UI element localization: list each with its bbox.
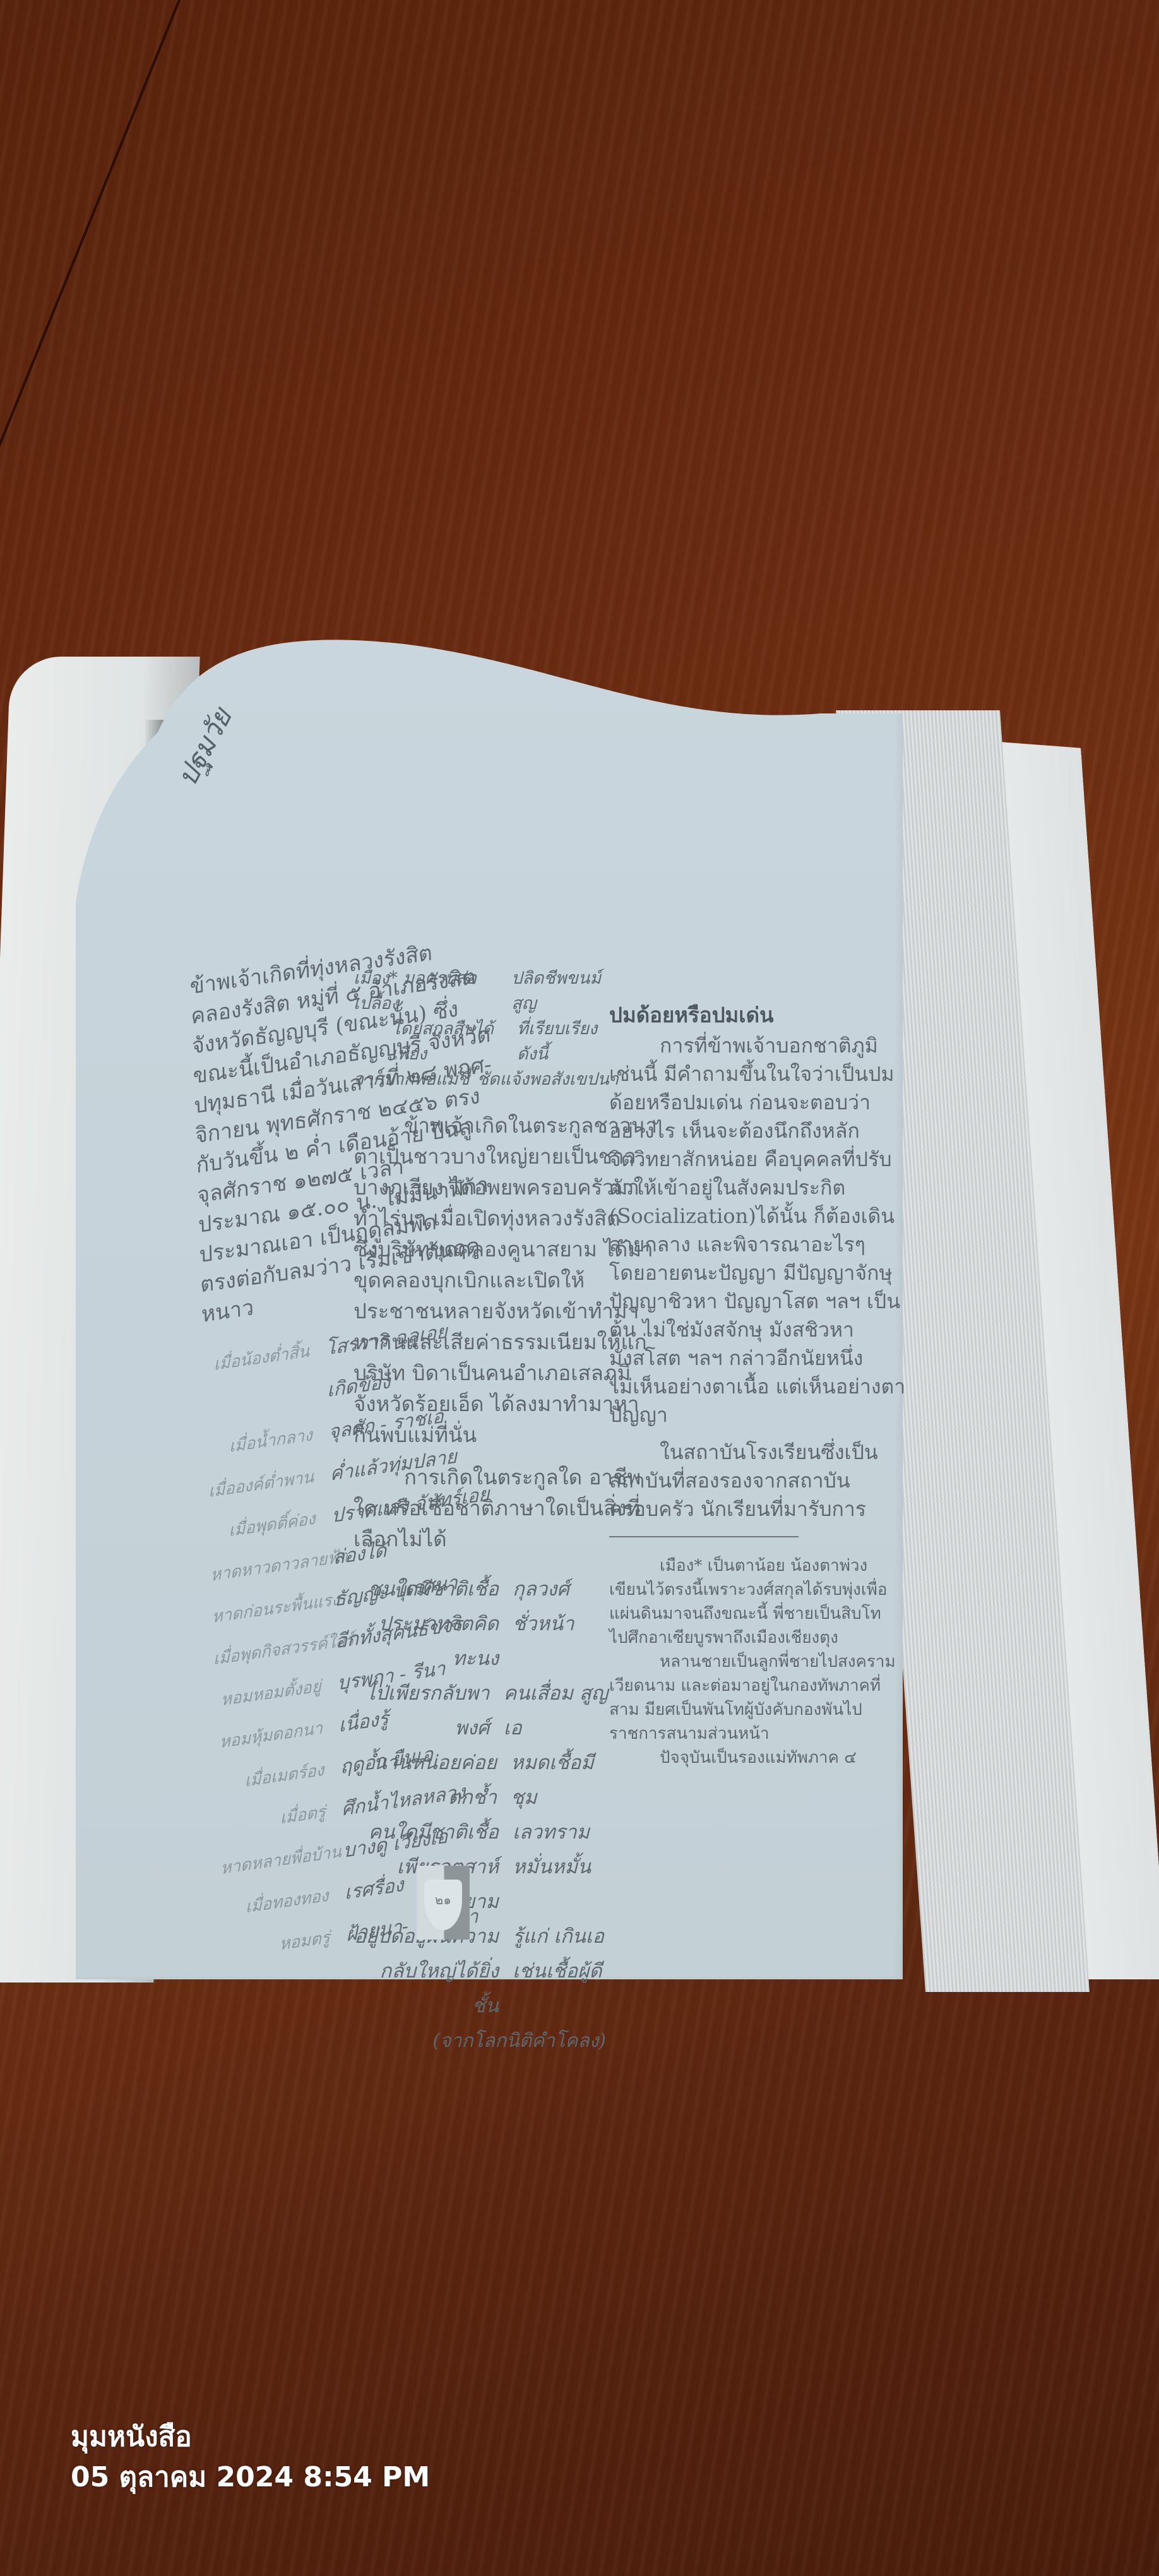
school-paragraph: ในสถาบันโรงเรียนซึ่งเป็น สถาบันที่สองรอง… bbox=[609, 1438, 874, 1524]
text-line: (Socialization)ได้นั้น ก็ต้องเดิน bbox=[609, 1202, 874, 1231]
text-line: ด้อยหรือปมเด่น ก่อนจะตอบว่า bbox=[609, 1088, 874, 1117]
verse-row: ชนใดมีชาติเชื้อกุลวงศ์ bbox=[354, 1572, 619, 1607]
text-line: จิตวิทยาสักหน่อย คือบุคคลที่ปรับ bbox=[609, 1145, 874, 1174]
verse-row: โดยสกุลสืบได้เพียงที่เรียบเรียงดังนี้ bbox=[354, 1017, 619, 1067]
section-heading: ปมด้อยหรือปมเด่น bbox=[609, 1001, 874, 1029]
verse-row: จากปากพ่อแม่ชี้ชัดแจ้งพอสังเขปนา bbox=[354, 1067, 619, 1092]
footnote-line: ปัจจุบันเป็นรองแม่ทัพภาค ๔ bbox=[609, 1746, 874, 1770]
text-line: การที่ข้าพเจ้าบอกชาติภูมิ bbox=[609, 1032, 874, 1060]
footnote-divider bbox=[609, 1536, 799, 1537]
text-line: บริษัท บิดาเป็นคนอำเภอเสลภูมิ bbox=[354, 1357, 619, 1388]
footnote-line: ราชการสนามส่วนหน้า bbox=[609, 1722, 874, 1746]
text-line: ตาเป็นชาวบางใหญ่ยายเป็นชาว bbox=[354, 1141, 619, 1172]
family-paragraph: ข้าพเจ้าเกิดในตระกูลชาวนา ตาเป็นชาวบางให… bbox=[354, 1110, 619, 1450]
verse-row: คนใดมีชาติเชื้อเลวทราม bbox=[354, 1815, 619, 1850]
text-line: บางภูเวียง ได้อพยพครอบครัวมา bbox=[354, 1172, 619, 1203]
text-line: ปัญญาชิวหา ปัญญาโสต ฯลฯ เป็น bbox=[609, 1287, 874, 1316]
text-line: กินพบแม่ที่นั่น bbox=[354, 1419, 619, 1450]
footnote-line: ไปศึกอาเซียบูรพาถึงเมืองเชียงตุง bbox=[609, 1626, 874, 1650]
text-line: ใด หรือเชื้อชาติภาษาใดเป็นสิ่งที่ bbox=[354, 1493, 619, 1524]
text-line: จังหวัดร้อยเอ็ด ได้ลงมาทำมาหา bbox=[354, 1388, 619, 1419]
verse-bottom: ชนใดมีชาติเชื้อกุลวงศ์ ประมาทจิตคิดทะนงช… bbox=[354, 1572, 619, 2058]
text-line: สถาบันที่สองรองจากสถาบัน bbox=[609, 1467, 874, 1495]
text-line: ไม่เห็นอย่างตาเนื้อ แต่เห็นอย่างตา bbox=[609, 1373, 874, 1401]
verse-row: ประมาทจิตคิดทะนงชั่วหน้า bbox=[354, 1607, 619, 1676]
text-line: ทำไร่นา เมื่อเปิดทุ่งหลวงรังสิต bbox=[354, 1203, 619, 1234]
text-line: การเกิดในตระกูลใด อาชีพ bbox=[354, 1462, 619, 1493]
verse-source: (จากโลกนิติคำโคลง) bbox=[354, 2024, 619, 2058]
right-column: ปมด้อยหรือปมเด่น การที่ข้าพเจ้าบอกชาติภู… bbox=[609, 1001, 874, 1770]
choice-paragraph: การเกิดในตระกูลใด อาชีพ ใด หรือเชื้อชาติ… bbox=[354, 1462, 619, 1554]
footnote-line: สาม มียศเป็นพันโทผู้บังคับกองพันไป bbox=[609, 1698, 874, 1722]
verse-row: กลับใหญ่ได้ยิ่งชั้นเช่นเชื้อผู้ดี bbox=[354, 1954, 619, 2024]
psychology-paragraph: การที่ข้าพเจ้าบอกชาติภูมิ เช่นนี้ มีคำถา… bbox=[609, 1032, 874, 1429]
verse-row: ไป่เพียรกลับพาพงศ์คนเสื่อม สูญเอ bbox=[354, 1676, 619, 1746]
text-line: อย่างไร เห็นจะต้องนึกถึงหลัก bbox=[609, 1117, 874, 1145]
text-line: ปัญญา bbox=[609, 1401, 874, 1429]
verse-top: เมือง* มอครบส่อเปลื้องปลิดชีพขนม์สูญ โดย… bbox=[354, 966, 619, 1092]
footnote-line: เมือง* เป็นตาน้อย น้องตาพ่วง bbox=[609, 1554, 874, 1578]
text-line: ขุดคลองบุกเบิกและเปิดให้ bbox=[354, 1265, 619, 1296]
page-number: ๒๑ bbox=[417, 1890, 470, 1910]
watermark-title: มุมหนังสือ bbox=[71, 2417, 430, 2457]
text-line: ตัวให้เข้าอยู่ในสังคมประกิต bbox=[609, 1174, 874, 1202]
photo-watermark: มุมหนังสือ 05 ตุลาคม 2024 8:54 PM bbox=[71, 2417, 430, 2498]
verse-row: นานหน่อยค่อยตกช้ำหมดเชื้อมีชุม bbox=[354, 1746, 619, 1815]
verse-row: เพียรอุตสาห์พยายามหมั่นหมั้น bbox=[354, 1850, 619, 1919]
verse-row: เมือง* มอครบส่อเปลื้องปลิดชีพขนม์สูญ bbox=[354, 966, 619, 1017]
footnote-line: หลานชายเป็นลูกพี่ชายไปสงคราม bbox=[609, 1650, 874, 1674]
text-line: ต้น ไม่ใช่มังสจักษุ มังสชิวหา bbox=[609, 1316, 874, 1344]
watermark-datetime: 05 ตุลาคม 2024 8:54 PM bbox=[71, 2457, 430, 2498]
table-seam bbox=[0, 0, 186, 468]
text-line: หากินและเสียค่าธรรมเนียมให้แก่ bbox=[354, 1327, 619, 1357]
footnote: เมือง* เป็นตาน้อย น้องตาพ่วง เขียนไว้ตรง… bbox=[609, 1554, 874, 1770]
text-line: มังสโสต ฯลฯ กล่าวอีกนัยหนึ่ง bbox=[609, 1344, 874, 1373]
text-line: เลือกไม่ได้ bbox=[354, 1524, 619, 1554]
text-line: โดยอายตนะปัญญา มีปัญญาจักษุ bbox=[609, 1259, 874, 1287]
text-line: ครอบครัว นักเรียนที่มารับการ bbox=[609, 1495, 874, 1524]
footnote-line: เขียนไว้ตรงนี้เพราะวงศ์สกุลได้รบพุ่งเพื่… bbox=[609, 1578, 874, 1602]
text-line: สายกลาง และพิจารณาอะไรๆ bbox=[609, 1231, 874, 1259]
text-line: ข้าพเจ้าเกิดในตระกูลชาวนา bbox=[354, 1110, 619, 1141]
text-line: ซึ่งบริษัทขุดคลองคูนาสยาม ได้มา bbox=[354, 1234, 619, 1265]
page-number-badge: ๒๑ bbox=[417, 1866, 470, 1940]
footnote-line: เวียดนาม และต่อมาอยู่ในกองทัพภาคที่ bbox=[609, 1674, 874, 1698]
verse-row: อยู่บดอยู่ฝนความรู้แก่ เกินเอ bbox=[354, 1919, 619, 1954]
text-line: เช่นนี้ มีคำถามขึ้นในใจว่าเป็นปม bbox=[609, 1060, 874, 1088]
text-line: ประชาชนหลายจังหวัดเข้าทำมา bbox=[354, 1296, 619, 1327]
footnote-line: แผ่นดินมาจนถึงขณะนี้ พี่ชายเป็นสิบโท bbox=[609, 1602, 874, 1626]
middle-column: เมือง* มอครบส่อเปลื้องปลิดชีพขนม์สูญ โดย… bbox=[354, 966, 619, 2058]
text-line: ในสถาบันโรงเรียนซึ่งเป็น bbox=[609, 1438, 874, 1467]
